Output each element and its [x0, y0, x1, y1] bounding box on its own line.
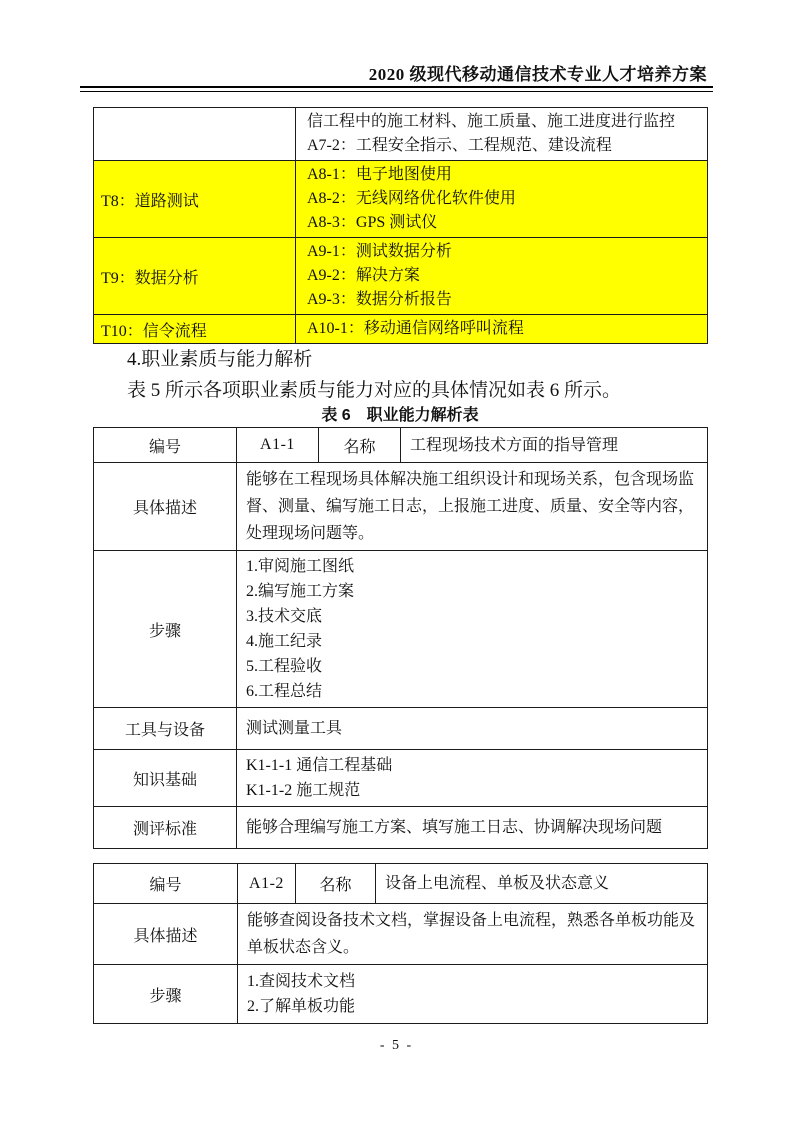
ability-code: A1-1 [237, 428, 319, 463]
intro-paragraph: 表 5 所示各项职业素质与能力对应的具体情况如表 6 所示。 [127, 375, 621, 402]
task-label-cell: T10：信令流程 [94, 315, 296, 344]
step-item: 1.查阅技术文档 [247, 969, 701, 994]
number-label: 编号 [94, 864, 238, 904]
description-label: 具体描述 [94, 904, 238, 965]
ability-items-cell: 信工程中的施工材料、施工质量、施工进度进行监控 A7-2：工程安全指示、工程规范… [296, 108, 708, 161]
section-heading: 4.职业素质与能力解析 [127, 344, 312, 371]
table-row: 信工程中的施工材料、施工质量、施工进度进行监控 A7-2：工程安全指示、工程规范… [94, 108, 708, 161]
criteria-label: 测评标准 [94, 807, 237, 849]
table-row: 编号 A1-1 名称 工程现场技术方面的指导管理 [94, 428, 708, 463]
table-row: 知识基础 K1-1-1 通信工程基础 K1-1-2 施工规范 [94, 750, 708, 807]
ability-code: A1-2 [238, 864, 296, 904]
header-double-rule [80, 86, 713, 92]
steps-list: 1.查阅技术文档 2.了解单板功能 [238, 965, 708, 1024]
table-row: T10：信令流程 A10-1：移动通信网络呼叫流程 [94, 315, 708, 344]
table-row: 步骤 1.查阅技术文档 2.了解单板功能 [94, 965, 708, 1024]
ability-item: A9-2：解决方案 [307, 264, 703, 288]
ability-items-cell: A8-1：电子地图使用 A8-2：无线网络优化软件使用 A8-3：GPS 测试仪 [296, 161, 708, 238]
ability-item: A9-1：测试数据分析 [307, 240, 703, 264]
task-label-cell [94, 108, 296, 161]
knowledge-item: K1-1-1 通信工程基础 [246, 753, 701, 778]
task-label-cell: T8：道路测试 [94, 161, 296, 238]
task-ability-continuation-table: 信工程中的施工材料、施工质量、施工进度进行监控 A7-2：工程安全指示、工程规范… [93, 107, 708, 344]
steps-label: 步骤 [94, 965, 238, 1024]
step-item: 2.了解单板功能 [247, 994, 701, 1019]
number-label: 编号 [94, 428, 237, 463]
table-row: 工具与设备 测试测量工具 [94, 708, 708, 750]
criteria-text: 能够合理编写施工方案、填写施工日志、协调解决现场问题 [237, 807, 708, 849]
ability-item: A10-1：移动通信网络呼叫流程 [307, 317, 703, 341]
name-label: 名称 [319, 428, 401, 463]
ability-item: A9-3：数据分析报告 [307, 288, 703, 312]
knowledge-item: K1-1-2 施工规范 [246, 778, 701, 803]
description-label: 具体描述 [94, 463, 237, 551]
ability-items-cell: A10-1：移动通信网络呼叫流程 [296, 315, 708, 344]
ability-items-cell: A9-1：测试数据分析 A9-2：解决方案 A9-3：数据分析报告 [296, 238, 708, 315]
step-item: 6.工程总结 [246, 679, 701, 704]
ability-name: 设备上电流程、单板及状态意义 [376, 864, 708, 904]
table-row: T8：道路测试 A8-1：电子地图使用 A8-2：无线网络优化软件使用 A8-3… [94, 161, 708, 238]
ability-item: 信工程中的施工材料、施工质量、施工进度进行监控 [307, 110, 703, 134]
table-row: 编号 A1-2 名称 设备上电流程、单板及状态意义 [94, 864, 708, 904]
task-label-cell: T9：数据分析 [94, 238, 296, 315]
document-page: 2020 级现代移动通信技术专业人才培养方案 信工程中的施工材料、施工质量、施工… [0, 0, 793, 1122]
ability-item: A8-3：GPS 测试仪 [307, 211, 703, 235]
description-text: 能够在工程现场具体解决施工组织设计和现场关系，包含现场监督、测量、编写施工日志，… [237, 463, 708, 551]
steps-label: 步骤 [94, 551, 237, 708]
knowledge-label: 知识基础 [94, 750, 237, 807]
ability-item: A7-2：工程安全指示、工程规范、建设流程 [307, 134, 703, 158]
ability-table-a1-2: 编号 A1-2 名称 设备上电流程、单板及状态意义 具体描述 能够查阅设备技术文… [93, 863, 708, 1024]
ability-item: A8-1：电子地图使用 [307, 163, 703, 187]
steps-list: 1.审阅施工图纸 2.编写施工方案 3.技术交底 4.施工纪录 5.工程验收 6… [237, 551, 708, 708]
tools-label: 工具与设备 [94, 708, 237, 750]
table-row: 步骤 1.审阅施工图纸 2.编写施工方案 3.技术交底 4.施工纪录 5.工程验… [94, 551, 708, 708]
ability-table-a1-1: 编号 A1-1 名称 工程现场技术方面的指导管理 具体描述 能够在工程现场具体解… [93, 427, 708, 849]
table-row: 具体描述 能够查阅设备技术文档，掌握设备上电流程，熟悉各单板功能及单板状态含义。 [94, 904, 708, 965]
tools-text: 测试测量工具 [237, 708, 708, 750]
knowledge-list: K1-1-1 通信工程基础 K1-1-2 施工规范 [237, 750, 708, 807]
step-item: 4.施工纪录 [246, 629, 701, 654]
table-row: T9：数据分析 A9-1：测试数据分析 A9-2：解决方案 A9-3：数据分析报… [94, 238, 708, 315]
page-number: - 5 - [0, 1038, 793, 1054]
description-text: 能够查阅设备技术文档，掌握设备上电流程，熟悉各单板功能及单板状态含义。 [238, 904, 708, 965]
step-item: 5.工程验收 [246, 654, 701, 679]
document-header-title: 2020 级现代移动通信技术专业人才培养方案 [369, 60, 707, 85]
ability-item: A8-2：无线网络优化软件使用 [307, 187, 703, 211]
step-item: 2.编写施工方案 [246, 579, 701, 604]
step-item: 1.审阅施工图纸 [246, 554, 701, 579]
table-row: 具体描述 能够在工程现场具体解决施工组织设计和现场关系，包含现场监督、测量、编写… [94, 463, 708, 551]
step-item: 3.技术交底 [246, 604, 701, 629]
table-row: 测评标准 能够合理编写施工方案、填写施工日志、协调解决现场问题 [94, 807, 708, 849]
name-label: 名称 [296, 864, 376, 904]
table-caption: 表 6 职业能力解析表 [93, 402, 707, 425]
ability-name: 工程现场技术方面的指导管理 [401, 428, 708, 463]
